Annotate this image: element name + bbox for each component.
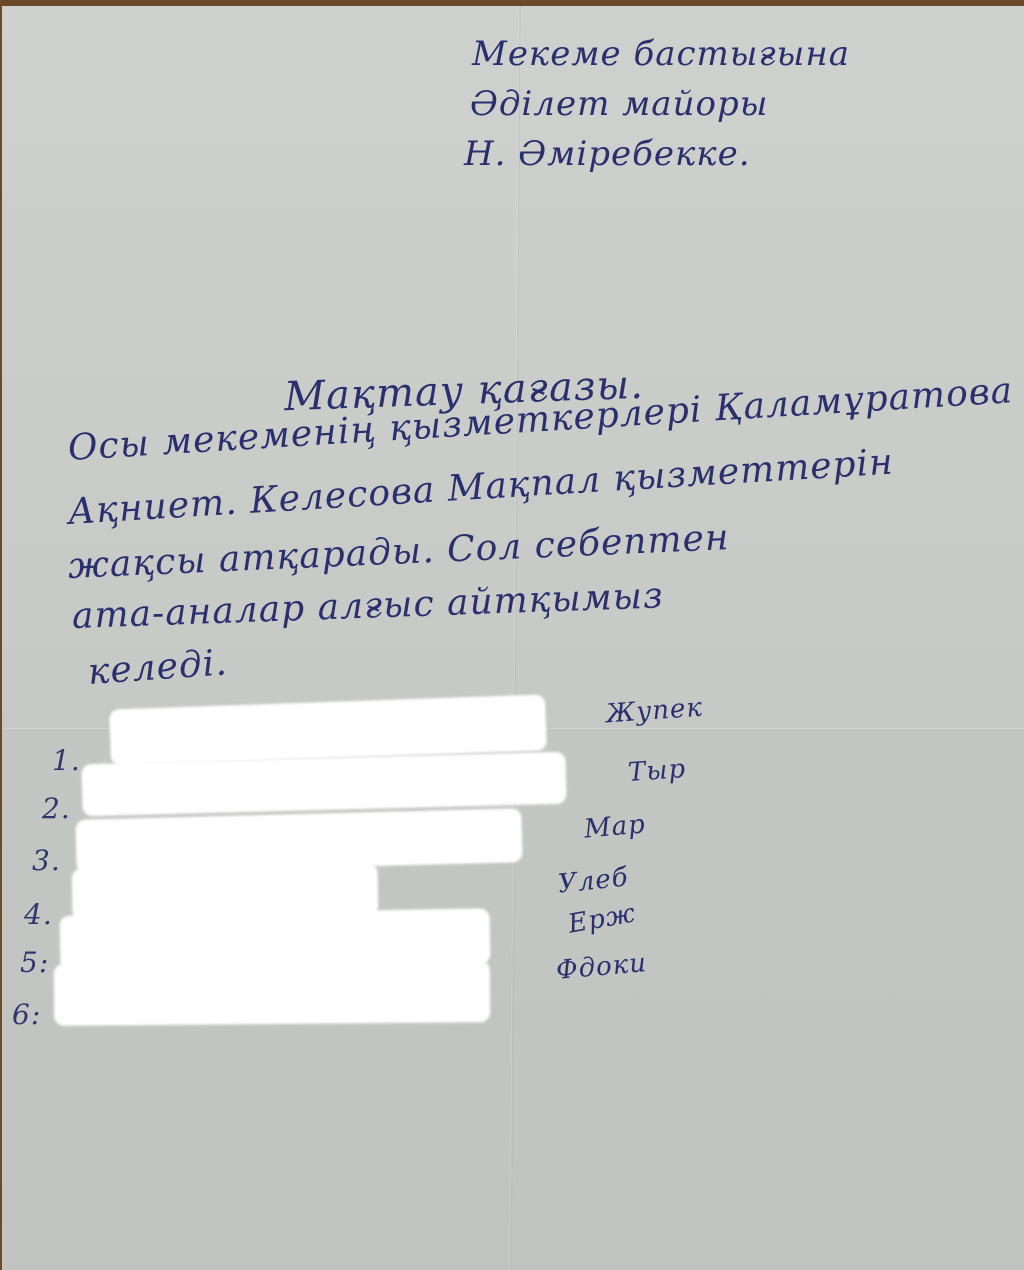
list-number-6: 6: [12,998,41,1031]
addressee-line-1: Мекеме бастығына [472,34,850,74]
redaction-stroke-6 [54,960,491,1026]
signature-0: Жупек [605,693,704,730]
letter-paper: Мекеме бастығына Әділет майоры Н. Әміреб… [2,6,1024,1270]
list-number-4: 4. [24,898,53,931]
list-number-1: 1. [52,744,81,777]
list-number-5: 5: [20,946,49,979]
addressee-line-3: Н. Әміребекке. [464,134,751,174]
list-number-3: 3. [32,844,61,877]
signature-1: Тыр [627,754,687,788]
body-line-4: ата-аналар алғыс айтқымыз [71,575,664,637]
list-number-2: 2. [42,792,71,825]
body-line-5: келеді. [87,642,229,693]
addressee-line-2: Әділет майоры [470,84,768,124]
signature-2: Мар [583,809,647,844]
